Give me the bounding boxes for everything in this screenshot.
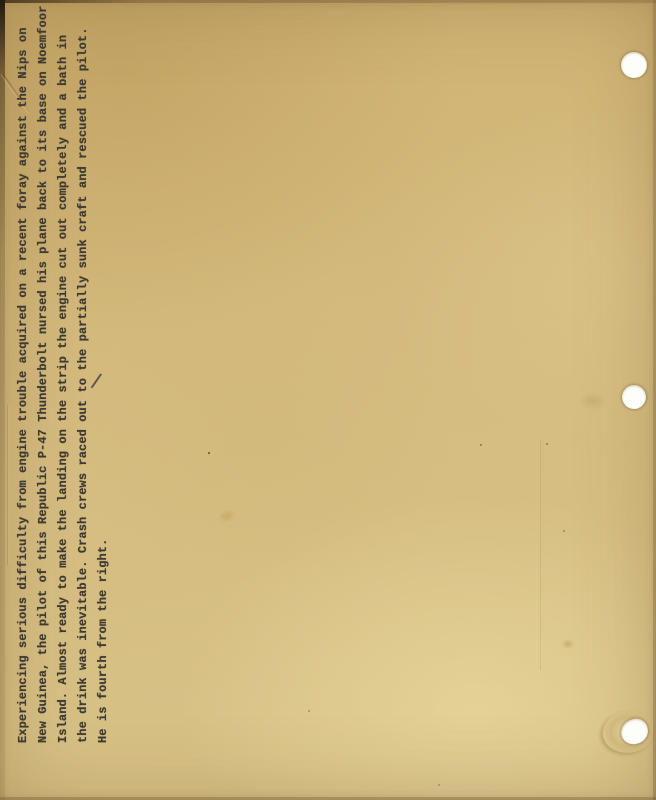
crease-line (7, 405, 8, 565)
paper-stain (214, 505, 240, 528)
caption-line-3: Island. Almost ready to make the landing… (53, 9, 73, 743)
punch-hole-bottom (619, 716, 651, 746)
caption-line-1: Experiencing serious difficulty from eng… (13, 9, 33, 743)
scanned-page: Experiencing serious difficulty from eng… (0, 0, 656, 800)
paper-stain (560, 638, 576, 650)
caption-line-2: New Guinea, the pilot of this Republic P… (33, 9, 53, 743)
page-edge-shadow-left (0, 0, 5, 800)
punch-hole-middle (622, 385, 646, 409)
crease-line (540, 440, 541, 670)
pencil-check-mark: / (89, 371, 103, 395)
page-edge-shadow-top (0, 0, 656, 3)
paper-stain (576, 390, 610, 412)
paper-specks (208, 452, 210, 454)
punch-hole-top (621, 52, 647, 78)
